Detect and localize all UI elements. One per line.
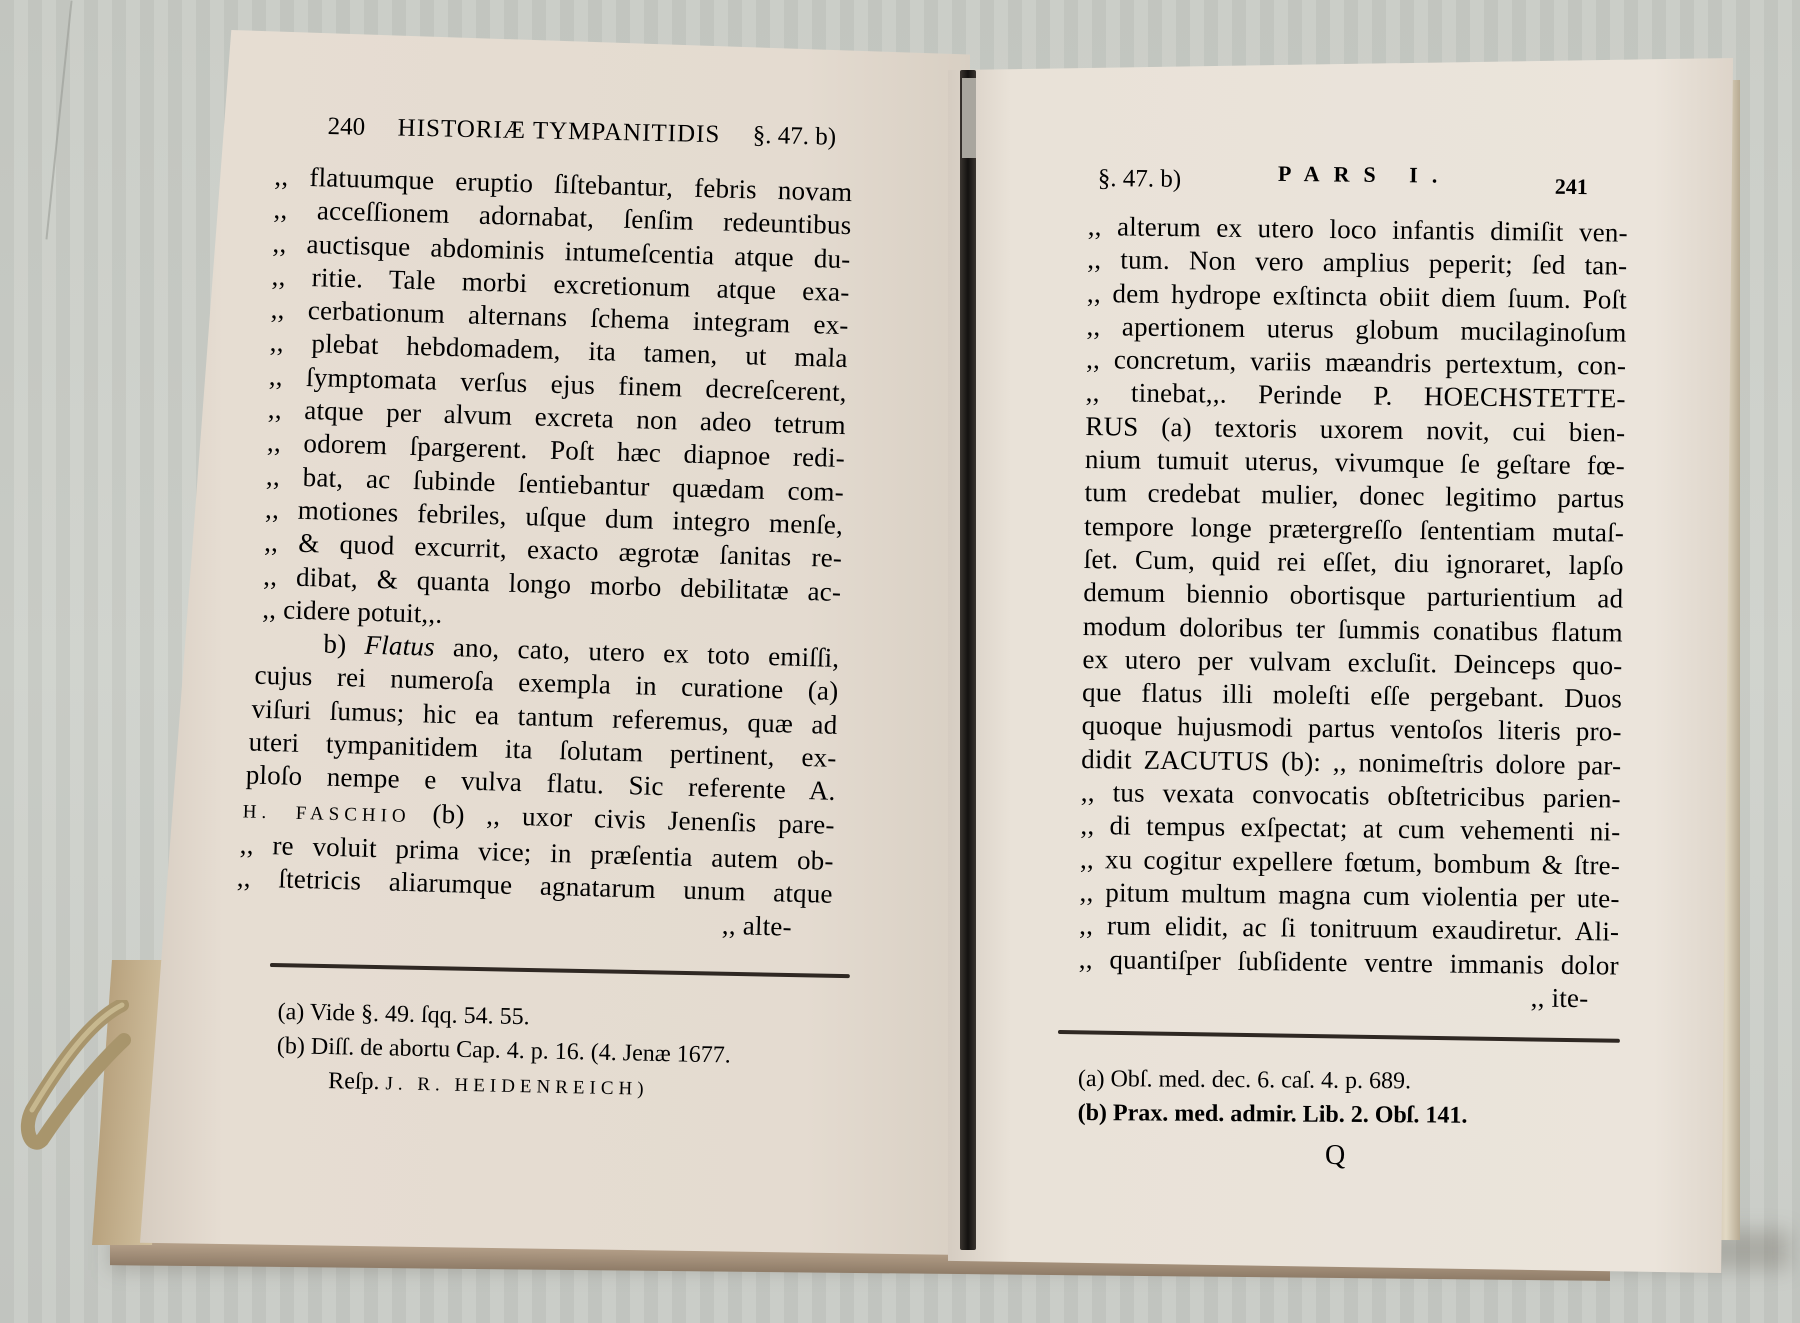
italic-term: Flatus (364, 630, 435, 662)
signature-mark: Q (1325, 1140, 1345, 1172)
catchword: ,, ite- (1078, 976, 1618, 1016)
left-page-body: ,, flatuumque eruptio ſiſtebantur, febri… (254, 160, 853, 945)
paragraph-label: b) (323, 629, 347, 660)
right-section-ref: §. 47. b) (1098, 165, 1182, 193)
author-name-smallcaps: J. R. HEIDENREICH) (385, 1073, 648, 1100)
author-name-smallcaps: H. FASCHIO (243, 801, 411, 827)
text-line: ,, quantiſper ſubſidente ventre immanis … (1079, 942, 1619, 982)
text-fragment: Reſp. (328, 1068, 380, 1095)
footnote-a: (a) Obſ. med. dec. 6. caſ. 4. p. 689. (1078, 1062, 1468, 1099)
footnote-b: (b) Prax. med. admir. Lib. 2. Obſ. 141. (1078, 1096, 1468, 1133)
background-crease (45, 1, 72, 240)
left-footnotes: (a) Vide §. 49. ſqq. 54. 55. (b) Diſſ. d… (276, 995, 732, 1108)
left-running-title: HISTORIÆ TYMPANITIDIS (397, 114, 720, 148)
binding-string-icon (12, 1000, 132, 1160)
spine-tab (962, 78, 976, 158)
right-footnotes: (a) Obſ. med. dec. 6. caſ. 4. p. 689. (b… (1078, 1062, 1468, 1133)
right-page-number: 241 (1555, 174, 1588, 200)
right-running-head: §. 47. b) PARS I. 241 (1098, 165, 1588, 198)
book-spine-gap (960, 70, 976, 1250)
left-section-ref: §. 47. b) (753, 122, 837, 151)
right-page-body: ,, alterum ex utero loco infantis dimiſi… (1078, 210, 1628, 1016)
right-running-title: PARS I. (1278, 161, 1452, 189)
left-page-number: 240 (327, 113, 365, 141)
